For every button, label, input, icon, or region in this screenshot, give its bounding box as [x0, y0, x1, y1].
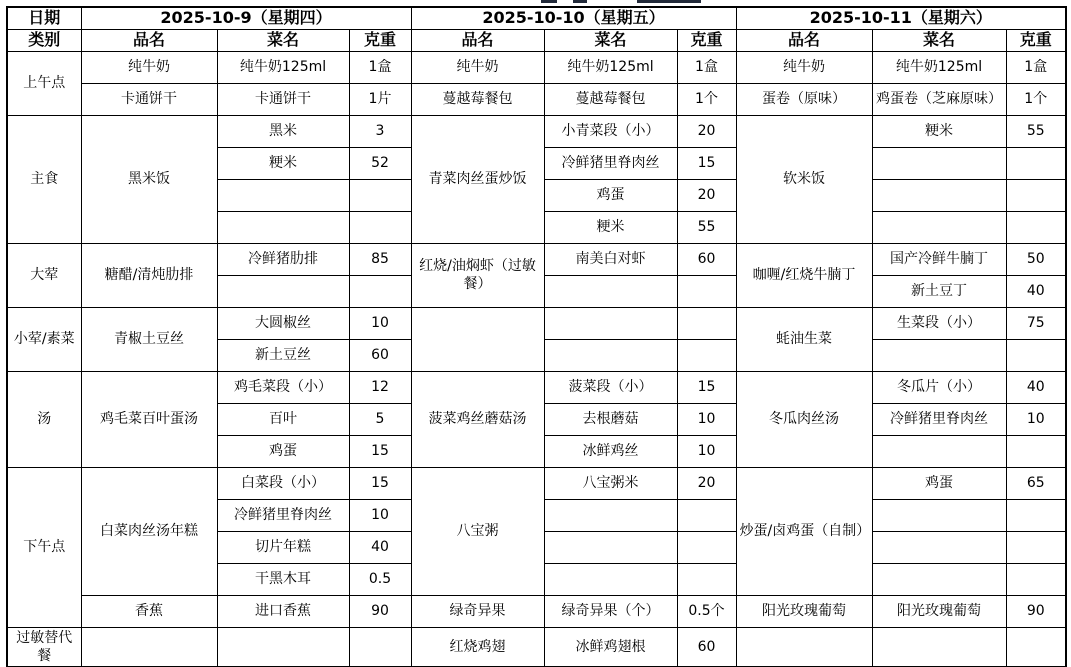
- weight-cell: [677, 531, 736, 563]
- dish-cell: 冷鲜猪里脊肉丝: [217, 499, 349, 531]
- product-cell: 纯牛奶: [81, 51, 217, 83]
- col-header-dish: 菜名: [872, 29, 1006, 51]
- dish-cell: 阳光玫瑰葡萄: [872, 595, 1006, 627]
- dish-cell: 白菜段（小）: [217, 467, 349, 499]
- weight-cell: [677, 499, 736, 531]
- dish-cell: [872, 211, 1006, 243]
- weight-cell: 75: [1006, 307, 1066, 339]
- weight-cell: 10: [349, 499, 411, 531]
- product-cell: 蔓越莓餐包: [411, 83, 544, 115]
- dish-cell: 鸡毛菜段（小）: [217, 371, 349, 403]
- weight-cell: [1006, 147, 1066, 179]
- dish-cell: [872, 499, 1006, 531]
- corner-category-label: 类别: [7, 29, 81, 51]
- weight-cell: [677, 307, 736, 339]
- table-row: 大荤 糖醋/清炖肋排 冷鲜猪肋排 85 红烧/油焖虾（过敏餐） 南美白对虾 60…: [7, 243, 1066, 275]
- weight-cell: [349, 275, 411, 307]
- weight-cell: 15: [677, 147, 736, 179]
- weight-cell: 1个: [1006, 83, 1066, 115]
- category-cell: 下午点: [7, 467, 81, 627]
- weight-cell: 20: [677, 467, 736, 499]
- product-cell: 纯牛奶: [411, 51, 544, 83]
- col-header-dish: 菜名: [544, 29, 677, 51]
- weight-cell: [677, 339, 736, 371]
- weight-cell: [1006, 435, 1066, 467]
- dish-cell: 新土豆丁: [872, 275, 1006, 307]
- weight-cell: 60: [677, 627, 736, 667]
- weight-cell: 1盒: [349, 51, 411, 83]
- weight-cell: 20: [677, 115, 736, 147]
- weight-cell: 65: [1006, 467, 1066, 499]
- product-cell: 菠菜鸡丝蘑菇汤: [411, 371, 544, 467]
- dish-cell: 蔓越莓餐包: [544, 83, 677, 115]
- dish-cell: [872, 627, 1006, 667]
- product-cell: 红烧鸡翅: [411, 627, 544, 667]
- weight-cell: 0.5: [349, 563, 411, 595]
- cropped-text-artifact: [541, 0, 557, 3]
- dish-cell: 纯牛奶125ml: [872, 51, 1006, 83]
- dish-cell: 鸡蛋: [544, 179, 677, 211]
- dish-cell: 八宝粥米: [544, 467, 677, 499]
- product-cell: 青菜肉丝蛋炒饭: [411, 115, 544, 243]
- dish-cell: [872, 179, 1006, 211]
- dish-cell: [544, 499, 677, 531]
- product-cell: 蚝油生菜: [736, 307, 872, 371]
- category-cell: 小荤/素菜: [7, 307, 81, 371]
- dish-cell: 冷鲜猪里脊肉丝: [872, 403, 1006, 435]
- dish-cell: [544, 275, 677, 307]
- dish-cell: [217, 627, 349, 667]
- dish-cell: 粳米: [217, 147, 349, 179]
- weight-cell: 1盒: [677, 51, 736, 83]
- product-cell: 蛋卷（原味）: [736, 83, 872, 115]
- weight-cell: 10: [1006, 403, 1066, 435]
- dish-cell: 鸡蛋: [872, 467, 1006, 499]
- weight-cell: 90: [1006, 595, 1066, 627]
- product-cell: 冬瓜肉丝汤: [736, 371, 872, 467]
- weight-cell: [1006, 563, 1066, 595]
- table-row: 小荤/素菜 青椒土豆丝 大圆椒丝 10 蚝油生菜 生菜段（小） 75: [7, 307, 1066, 339]
- dish-cell: [872, 531, 1006, 563]
- category-cell: 汤: [7, 371, 81, 467]
- weight-cell: 40: [1006, 371, 1066, 403]
- dish-cell: 干黑木耳: [217, 563, 349, 595]
- dish-cell: 生菜段（小）: [872, 307, 1006, 339]
- product-cell: 绿奇异果: [411, 595, 544, 627]
- dish-cell: [544, 339, 677, 371]
- dish-cell: [544, 563, 677, 595]
- corner-date-label: 日期: [7, 7, 81, 29]
- weight-cell: [677, 563, 736, 595]
- col-header-product: 品名: [411, 29, 544, 51]
- product-cell: 香蕉: [81, 595, 217, 627]
- weight-cell: 10: [677, 403, 736, 435]
- category-cell: 上午点: [7, 51, 81, 115]
- dish-cell: [872, 147, 1006, 179]
- weight-cell: 60: [677, 243, 736, 275]
- weight-cell: 85: [349, 243, 411, 275]
- category-cell: 过敏替代餐: [7, 627, 81, 667]
- weight-cell: 40: [1006, 275, 1066, 307]
- weight-cell: 1片: [349, 83, 411, 115]
- product-cell: 卡通饼干: [81, 83, 217, 115]
- product-cell: 八宝粥: [411, 467, 544, 595]
- weight-cell: 15: [677, 371, 736, 403]
- weight-cell: [1006, 531, 1066, 563]
- weight-cell: 15: [349, 435, 411, 467]
- weight-cell: 20: [677, 179, 736, 211]
- product-cell: 青椒土豆丝: [81, 307, 217, 371]
- dish-cell: [544, 307, 677, 339]
- day2-title: 2025-10-10（星期五）: [411, 7, 736, 29]
- dish-cell: [217, 179, 349, 211]
- header-row-columns: 类别 品名 菜名 克重 品名 菜名 克重 品名 菜名 克重: [7, 29, 1066, 51]
- table-row: 主食 黑米饭 黑米 3 青菜肉丝蛋炒饭 小青菜段（小） 20 软米饭 粳米 55: [7, 115, 1066, 147]
- dish-cell: 国产冷鲜牛腩丁: [872, 243, 1006, 275]
- weight-cell: [349, 627, 411, 667]
- weight-cell: 1个: [677, 83, 736, 115]
- dish-cell: 去根蘑菇: [544, 403, 677, 435]
- dish-cell: 冰鲜鸡丝: [544, 435, 677, 467]
- dish-cell: 南美白对虾: [544, 243, 677, 275]
- dish-cell: [872, 435, 1006, 467]
- weight-cell: [1006, 179, 1066, 211]
- table-row: 卡通饼干 卡通饼干 1片 蔓越莓餐包 蔓越莓餐包 1个 蛋卷（原味） 鸡蛋卷（芝…: [7, 83, 1066, 115]
- product-cell: 纯牛奶: [736, 51, 872, 83]
- weight-cell: 12: [349, 371, 411, 403]
- dish-cell: 进口香蕉: [217, 595, 349, 627]
- product-cell: 黑米饭: [81, 115, 217, 243]
- weight-cell: [677, 275, 736, 307]
- dish-cell: 冷鲜猪肋排: [217, 243, 349, 275]
- dish-cell: 新土豆丝: [217, 339, 349, 371]
- table-row: 香蕉 进口香蕉 90 绿奇异果 绿奇异果（个） 0.5个 阳光玫瑰葡萄 阳光玫瑰…: [7, 595, 1066, 627]
- dish-cell: 冬瓜片（小）: [872, 371, 1006, 403]
- dish-cell: 大圆椒丝: [217, 307, 349, 339]
- dish-cell: [217, 211, 349, 243]
- dish-cell: 小青菜段（小）: [544, 115, 677, 147]
- weight-cell: 60: [349, 339, 411, 371]
- product-cell: 软米饭: [736, 115, 872, 243]
- dish-cell: 切片年糕: [217, 531, 349, 563]
- weight-cell: 50: [1006, 243, 1066, 275]
- product-cell: 糖醋/清炖肋排: [81, 243, 217, 307]
- meal-menu-table: 日期 2025-10-9（星期四） 2025-10-10（星期五） 2025-1…: [6, 6, 1067, 667]
- dish-cell: 纯牛奶125ml: [544, 51, 677, 83]
- cropped-text-artifact: [637, 0, 701, 3]
- dish-cell: [872, 339, 1006, 371]
- weight-cell: 3: [349, 115, 411, 147]
- product-cell: 鸡毛菜百叶蛋汤: [81, 371, 217, 467]
- weight-cell: [349, 211, 411, 243]
- dish-cell: [872, 563, 1006, 595]
- col-header-weight: 克重: [1006, 29, 1066, 51]
- dish-cell: 冰鲜鸡翅根: [544, 627, 677, 667]
- dish-cell: 冷鲜猪里脊肉丝: [544, 147, 677, 179]
- dish-cell: 粳米: [872, 115, 1006, 147]
- col-header-product: 品名: [736, 29, 872, 51]
- product-cell: [411, 307, 544, 371]
- weight-cell: 90: [349, 595, 411, 627]
- product-cell: 阳光玫瑰葡萄: [736, 595, 872, 627]
- weight-cell: 10: [349, 307, 411, 339]
- weight-cell: 0.5个: [677, 595, 736, 627]
- product-cell: 咖喱/红烧牛腩丁: [736, 243, 872, 307]
- weight-cell: 55: [677, 211, 736, 243]
- table-row: 下午点 白菜肉丝汤年糕 白菜段（小） 15 八宝粥 八宝粥米 20 炒蛋/卤鸡蛋…: [7, 467, 1066, 499]
- weight-cell: 10: [677, 435, 736, 467]
- weight-cell: [1006, 627, 1066, 667]
- weight-cell: 52: [349, 147, 411, 179]
- weight-cell: [1006, 499, 1066, 531]
- table-row: 上午点 纯牛奶 纯牛奶125ml 1盒 纯牛奶 纯牛奶125ml 1盒 纯牛奶 …: [7, 51, 1066, 83]
- dish-cell: 鸡蛋卷（芝麻原味）: [872, 83, 1006, 115]
- header-row-dates: 日期 2025-10-9（星期四） 2025-10-10（星期五） 2025-1…: [7, 7, 1066, 29]
- weight-cell: 40: [349, 531, 411, 563]
- product-cell: 炒蛋/卤鸡蛋（自制）: [736, 467, 872, 595]
- dish-cell: 绿奇异果（个）: [544, 595, 677, 627]
- weight-cell: [349, 179, 411, 211]
- col-header-weight: 克重: [677, 29, 736, 51]
- col-header-weight: 克重: [349, 29, 411, 51]
- weight-cell: [1006, 339, 1066, 371]
- day1-title: 2025-10-9（星期四）: [81, 7, 411, 29]
- col-header-dish: 菜名: [217, 29, 349, 51]
- category-cell: 大荤: [7, 243, 81, 307]
- product-cell: 白菜肉丝汤年糕: [81, 467, 217, 595]
- dish-cell: 百叶: [217, 403, 349, 435]
- dish-cell: 黑米: [217, 115, 349, 147]
- dish-cell: 菠菜段（小）: [544, 371, 677, 403]
- weight-cell: 55: [1006, 115, 1066, 147]
- product-cell: [736, 627, 872, 667]
- category-cell: 主食: [7, 115, 81, 243]
- weight-cell: 5: [349, 403, 411, 435]
- product-cell: [81, 627, 217, 667]
- weight-cell: [1006, 211, 1066, 243]
- dish-cell: [544, 531, 677, 563]
- col-header-product: 品名: [81, 29, 217, 51]
- dish-cell: 卡通饼干: [217, 83, 349, 115]
- day3-title: 2025-10-11（星期六）: [736, 7, 1066, 29]
- cropped-text-artifact: [573, 0, 587, 3]
- dish-cell: [217, 275, 349, 307]
- dish-cell: 鸡蛋: [217, 435, 349, 467]
- product-cell: 红烧/油焖虾（过敏餐）: [411, 243, 544, 307]
- dish-cell: 纯牛奶125ml: [217, 51, 349, 83]
- weight-cell: 15: [349, 467, 411, 499]
- table-row: 汤 鸡毛菜百叶蛋汤 鸡毛菜段（小） 12 菠菜鸡丝蘑菇汤 菠菜段（小） 15 冬…: [7, 371, 1066, 403]
- table-row: 过敏替代餐 红烧鸡翅 冰鲜鸡翅根 60: [7, 627, 1066, 667]
- weight-cell: 1盒: [1006, 51, 1066, 83]
- dish-cell: 粳米: [544, 211, 677, 243]
